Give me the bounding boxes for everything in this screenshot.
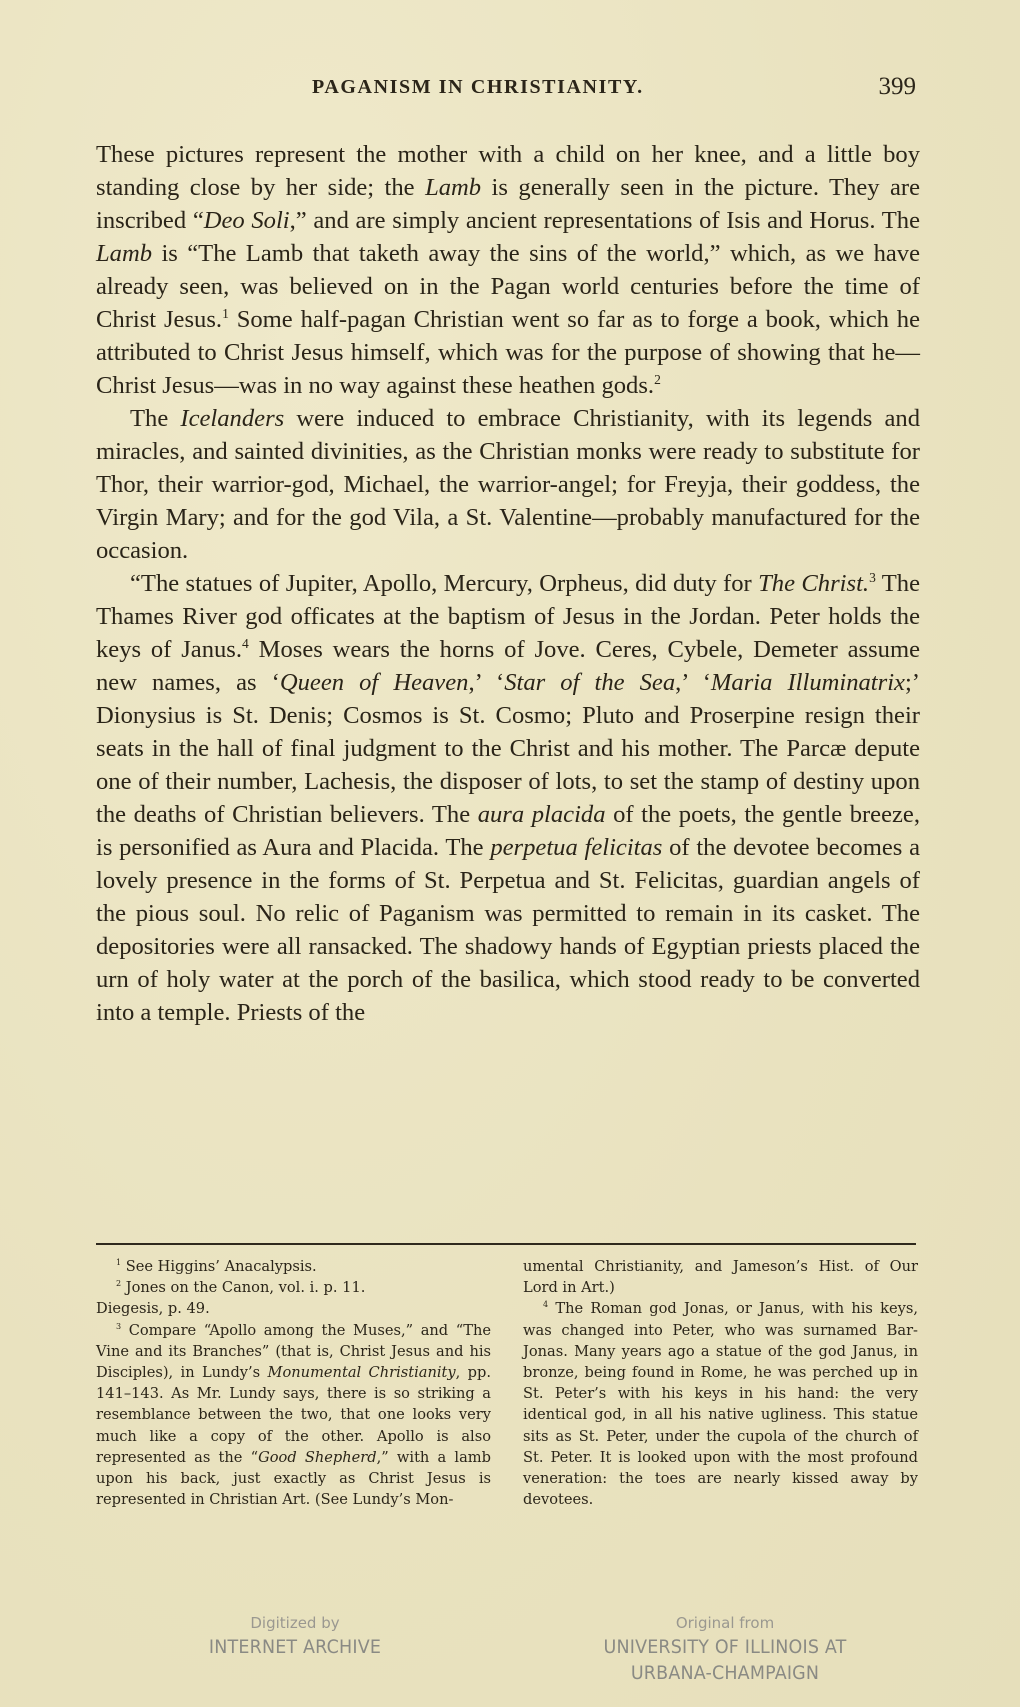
original-from-watermark: Original from UNIVERSITY OF ILLINOIS AT … xyxy=(570,1612,880,1686)
running-head: PAGANISM IN CHRISTIANITY. 399 xyxy=(96,76,920,106)
footnotes: 1 See Higgins’ Anacalypsis. 2 Jones on t… xyxy=(96,1256,918,1510)
footnote: 2 Jones on the Canon, vol. i. p. 11. xyxy=(96,1277,491,1298)
original-from-label: Original from xyxy=(570,1612,880,1634)
text-run: ,” and are simply ancient representation… xyxy=(290,207,920,234)
italic-text: Monumental Christianity xyxy=(268,1364,456,1381)
digitized-by-label: Digitized by xyxy=(190,1612,400,1634)
text-run: of the devotee becomes a lovely presence… xyxy=(96,834,920,1026)
text-run: The xyxy=(130,405,180,432)
text-run: umental Christianity, and Jameson’s Hist… xyxy=(523,1258,918,1296)
text-run: Jones on the Canon, vol. i. p. 11. xyxy=(121,1279,365,1296)
italic-text: Lamb xyxy=(96,240,152,267)
italic-text: Queen of Heaven xyxy=(280,669,469,696)
italic-text: Good Shepherd xyxy=(258,1449,377,1466)
book-page: PAGANISM IN CHRISTIANITY. 399 These pict… xyxy=(0,0,1020,1707)
footnote: 4 The Roman god Jonas, or Janus, with hi… xyxy=(523,1298,918,1510)
footnote-marker: 2 xyxy=(654,372,661,387)
text-run: ,’ ‘ xyxy=(675,669,711,696)
footnotes-right-column: umental Christianity, and Jameson’s Hist… xyxy=(523,1256,918,1510)
text-run: Diegesis, p. 49. xyxy=(96,1300,210,1317)
footnote-marker: 1 xyxy=(222,306,229,321)
source-name-line1: UNIVERSITY OF ILLINOIS AT xyxy=(582,1634,867,1660)
page-number: 399 xyxy=(879,73,917,101)
footnote-marker: 3 xyxy=(869,570,876,585)
text-run: “The statues of Jupiter, Apollo, Mercury… xyxy=(130,570,758,597)
footnotes-left-column: 1 See Higgins’ Anacalypsis. 2 Jones on t… xyxy=(96,1256,491,1510)
footnote-divider xyxy=(96,1243,916,1245)
text-run: See Higgins’ Anacalypsis. xyxy=(121,1258,317,1275)
running-title: PAGANISM IN CHRISTIANITY. xyxy=(312,76,644,99)
italic-text: perpetua felicitas xyxy=(490,834,662,861)
italic-text: Deo Soli xyxy=(204,207,290,234)
italic-text: Star of the Sea xyxy=(504,669,675,696)
italic-text: aura placida xyxy=(478,801,606,828)
text-run: ,’ ‘ xyxy=(468,669,504,696)
digitized-by-watermark: Digitized by INTERNET ARCHIVE xyxy=(190,1612,400,1660)
paragraph: “The statues of Jupiter, Apollo, Mercury… xyxy=(96,567,920,1029)
footnote: 3 Compare “Apollo among the Muses,” and … xyxy=(96,1320,491,1511)
footnote: Diegesis, p. 49. xyxy=(96,1298,491,1319)
paragraph: The Icelanders were induced to embrace C… xyxy=(96,402,920,567)
digitizer-name: INTERNET ARCHIVE xyxy=(198,1634,391,1660)
paragraph: These pictures represent the mother with… xyxy=(96,138,920,402)
footnote-marker: 4 xyxy=(242,636,249,651)
footnote: umental Christianity, and Jameson’s Hist… xyxy=(523,1256,918,1298)
italic-text: Maria Illuminatrix xyxy=(711,669,905,696)
text-run: The Roman god Jonas, or Janus, with his … xyxy=(523,1300,918,1508)
italic-text: The Christ. xyxy=(758,570,869,597)
body-text: These pictures represent the mother with… xyxy=(96,138,920,1029)
italic-text: Lamb xyxy=(425,174,481,201)
footnote: 1 See Higgins’ Anacalypsis. xyxy=(96,1256,491,1277)
source-name-line2: URBANA-CHAMPAIGN xyxy=(582,1660,867,1686)
italic-text: Icelanders xyxy=(180,405,284,432)
